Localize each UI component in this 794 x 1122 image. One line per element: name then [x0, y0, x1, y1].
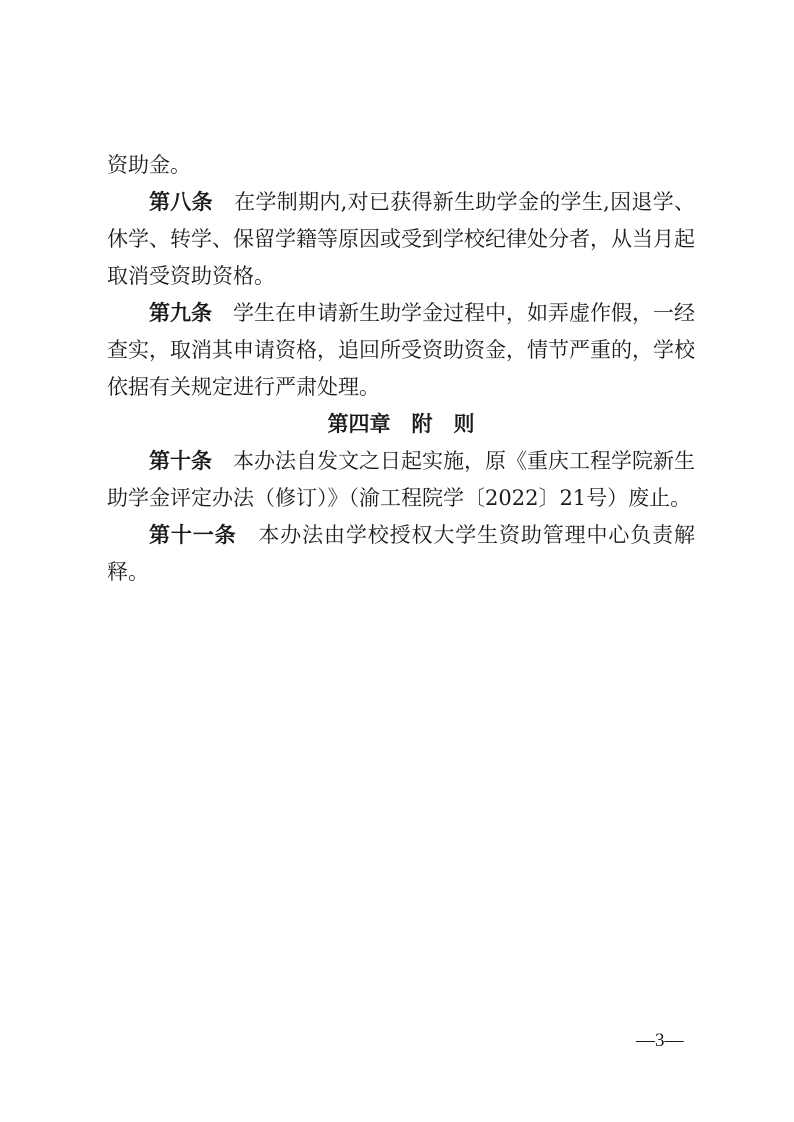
text-line: 学生在申请新生助学金过程中，如弄虚作假，一经	[233, 301, 695, 325]
text-line: 助学金评定办法（修订）》（渝工程院学〔2022〕21号）废止。	[107, 480, 695, 517]
text-line: 查实，取消其申请资格，追回所受资助资金，情节严重的，学校	[107, 332, 695, 369]
article-11: 第十一条本办法由学校授权大学生资助管理中心负责解	[107, 517, 695, 554]
article-8: 第八条在学制期内,对已获得新生助学金的学生,因退学、	[107, 184, 695, 221]
article-label: 第十条	[149, 449, 212, 473]
text-line: 资助金。	[107, 153, 191, 177]
chapter-heading: 第四章附则	[107, 406, 695, 443]
article-label: 第十一条	[149, 523, 237, 547]
text-line: 本办法自发文之日起实施，原《重庆工程学院新生	[233, 449, 695, 473]
chapter-title-part: 附	[412, 412, 433, 436]
chapter-number: 第四章	[328, 412, 391, 436]
article-10: 第十条本办法自发文之日起实施，原《重庆工程学院新生	[107, 443, 695, 480]
text-line: 本办法由学校授权大学生资助管理中心负责解	[258, 523, 696, 547]
paragraph-continuation: 资助金。	[107, 147, 695, 184]
page-number: —3—	[636, 1030, 684, 1052]
text-line: 在学制期内,对已获得新生助学金的学生,因退学、	[234, 190, 695, 214]
article-label: 第九条	[149, 301, 212, 325]
text-line: 取消受资助资格。	[107, 258, 695, 295]
text-line: 休学、转学、保留学籍等原因或受到学校纪律处分者，从当月起	[107, 221, 695, 258]
article-label: 第八条	[149, 190, 213, 214]
chapter-title-part: 则	[454, 412, 475, 436]
document-page: 资助金。 第八条在学制期内,对已获得新生助学金的学生,因退学、 休学、转学、保留…	[107, 147, 695, 591]
article-9: 第九条学生在申请新生助学金过程中，如弄虚作假，一经	[107, 295, 695, 332]
text-line: 释。	[107, 554, 695, 591]
text-line: 依据有关规定进行严肃处理。	[107, 369, 695, 406]
